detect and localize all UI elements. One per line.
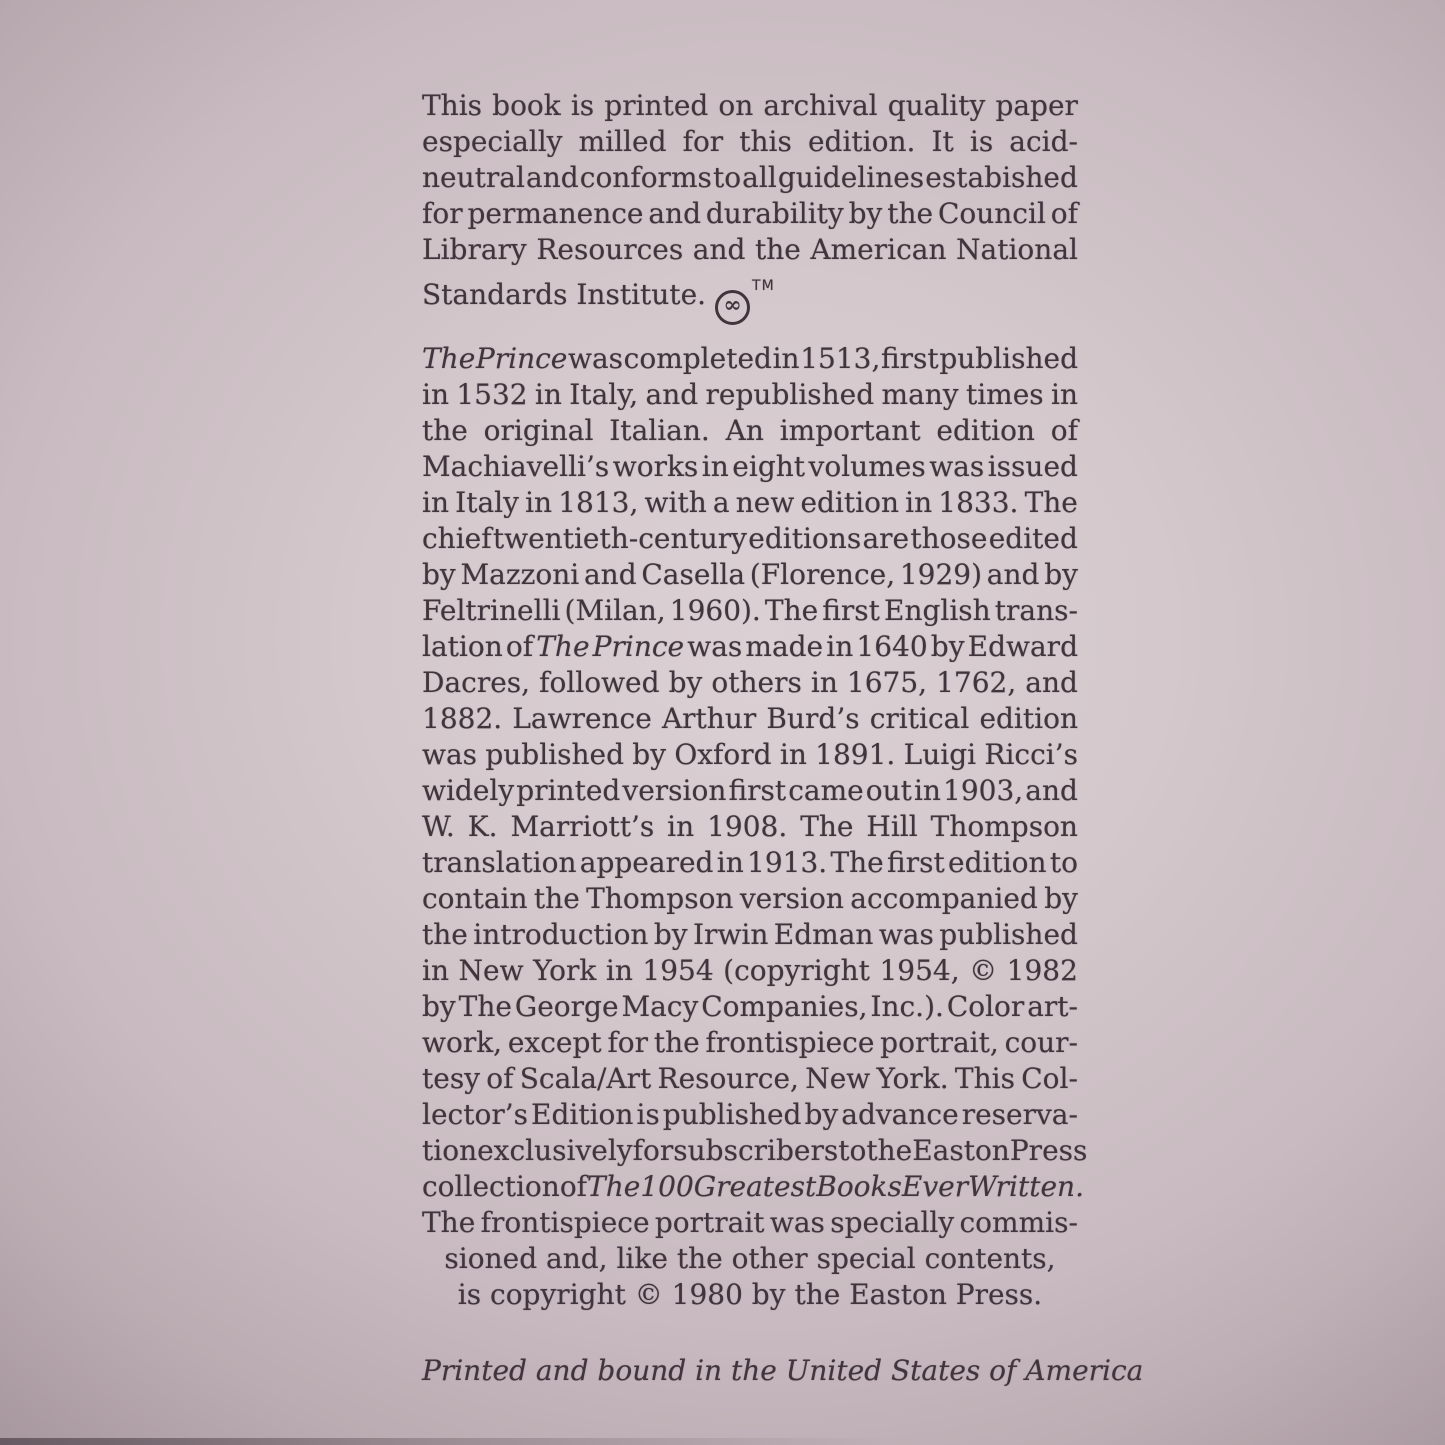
- text-segment: the: [422, 413, 468, 449]
- text-line: collectionofThe100GreatestBooksEverWritt…: [422, 1169, 1078, 1205]
- text-segment: American: [810, 232, 946, 268]
- text-segment: printed: [516, 773, 620, 809]
- text-segment: by: [632, 737, 666, 773]
- text-segment: It: [931, 124, 953, 160]
- text-segment: by: [849, 196, 883, 232]
- italic-text-segment: Printed and bound in the United States o…: [422, 1354, 1143, 1387]
- text-segment: Italian.: [609, 413, 710, 449]
- text-segment: a: [713, 485, 730, 521]
- text-segment: completed: [624, 341, 772, 377]
- text-segment: issued: [988, 449, 1078, 485]
- text-segment: twentieth-century: [493, 521, 747, 557]
- text-segment: in: [606, 953, 633, 989]
- text-segment: in: [422, 953, 449, 989]
- text-segment: collection: [422, 1169, 560, 1205]
- text-segment: (copyright: [723, 953, 870, 989]
- text-segment: W.: [422, 809, 455, 845]
- italic-text-segment: Books: [816, 1169, 902, 1205]
- text-segment: Edward: [968, 629, 1078, 665]
- text-segment: except: [508, 1025, 602, 1061]
- text-segment: commis-: [960, 1205, 1078, 1241]
- text-segment: the: [866, 1133, 912, 1169]
- text-segment: of: [1051, 196, 1078, 232]
- text-segment: first: [822, 593, 880, 629]
- text-segment: advance: [841, 1097, 958, 1133]
- text-segment: Thompson: [586, 881, 733, 917]
- text-line: 1882.LawrenceArthurBurd’scriticaledition: [422, 701, 1078, 737]
- text-line: work,exceptforthefrontispieceportrait,co…: [422, 1025, 1078, 1061]
- text-segment: National: [956, 232, 1078, 268]
- text-segment: 1640: [856, 629, 927, 665]
- text-segment: are: [862, 521, 909, 557]
- text-segment: by: [1044, 881, 1078, 917]
- text-segment: by: [422, 989, 456, 1025]
- text-segment: book: [492, 88, 561, 124]
- text-segment: editions: [748, 521, 861, 557]
- text-segment: the: [422, 917, 468, 953]
- text-segment: 1813,: [558, 485, 638, 521]
- text-segment: chief: [422, 521, 492, 557]
- text-segment: estabished: [925, 160, 1078, 196]
- text-line: Standards Institute.∞TM: [422, 268, 1078, 304]
- text-segment: this: [739, 124, 792, 160]
- text-segment: in: [667, 809, 694, 845]
- italic-text-segment: The: [536, 629, 589, 665]
- text-segment: others: [711, 665, 801, 701]
- text-segment: the: [654, 1025, 700, 1061]
- text-segment: in: [826, 629, 853, 665]
- text-segment: acid-: [1009, 124, 1078, 160]
- text-segment: The: [830, 845, 883, 881]
- text-segment: in: [780, 737, 807, 773]
- text-segment: 1675,: [847, 665, 927, 701]
- text-line: translationappearedin1913.Thefirsteditio…: [422, 845, 1078, 881]
- text-segment: and: [526, 160, 579, 196]
- text-segment: Macy: [621, 989, 698, 1025]
- text-segment: important: [780, 413, 921, 449]
- text-line: theoriginalItalian.Animportanteditionof: [422, 413, 1078, 449]
- text-segment: The: [459, 989, 512, 1025]
- text-segment: 1762,: [936, 665, 1016, 701]
- text-segment: published: [663, 1097, 802, 1133]
- text-segment: was: [687, 629, 742, 665]
- text-segment: K.: [468, 809, 498, 845]
- text-segment: An: [726, 413, 764, 449]
- text-segment: Resource,: [658, 1061, 799, 1097]
- text-segment: frontispiece: [481, 1205, 650, 1241]
- text-segment: Feltrinelli: [422, 593, 560, 629]
- text-line: Dacres,followedbyothersin1675,1762,and: [422, 665, 1078, 701]
- text-segment: in: [811, 665, 838, 701]
- text-segment: is: [970, 124, 993, 160]
- italic-text-segment: Ever: [902, 1169, 968, 1205]
- text-segment: durability: [706, 196, 844, 232]
- text-segment: in: [905, 485, 932, 521]
- text-segment: many: [882, 377, 959, 413]
- text-segment: introduction: [473, 917, 648, 953]
- text-segment: Marriott’s: [511, 809, 655, 845]
- text-segment: Thompson: [931, 809, 1078, 845]
- text-segment: the: [887, 196, 933, 232]
- text-segment: subscribers: [673, 1133, 838, 1169]
- text-segment: 1908.: [707, 809, 787, 845]
- text-segment: in: [1051, 377, 1078, 413]
- text-segment: (Milan,: [565, 593, 666, 629]
- paragraph-archival-paper-note: Thisbookisprintedonarchivalqualitypapere…: [422, 88, 1078, 304]
- text-segment: Dacres,: [422, 665, 530, 701]
- text-segment: on: [718, 88, 753, 124]
- text-segment: out: [866, 773, 912, 809]
- text-segment: Col-: [1021, 1061, 1078, 1097]
- text-segment: milled: [579, 124, 667, 160]
- text-segment: is: [636, 1097, 659, 1133]
- text-segment: in: [525, 485, 552, 521]
- text-line: tesyofScala/ArtResource,NewYork.ThisCol-: [422, 1061, 1078, 1097]
- text-segment: by: [422, 557, 456, 593]
- text-segment: New: [459, 953, 524, 989]
- text-line: W.K.Marriott’sin1908.TheHillThompson: [422, 809, 1078, 845]
- text-segment: republished: [706, 377, 875, 413]
- text-segment: 1954,: [879, 953, 959, 989]
- text-segment: version: [740, 881, 844, 917]
- text-segment: 1982: [1007, 953, 1078, 989]
- text-segment: 1913.: [747, 845, 827, 881]
- text-segment: tion: [422, 1133, 477, 1169]
- text-segment: (Florence,: [750, 557, 895, 593]
- text-segment: published: [939, 917, 1078, 953]
- text-segment: Irwin: [693, 917, 768, 953]
- text-segment: Mazzoni: [461, 557, 580, 593]
- text-segment: portrait: [655, 1205, 765, 1241]
- text-segment: Oxford: [674, 737, 771, 773]
- text-segment: and: [987, 557, 1040, 593]
- text-segment: and: [584, 557, 637, 593]
- text-segment: work,: [422, 1025, 502, 1061]
- text-segment: for: [607, 1025, 648, 1061]
- text-line: is copyright © 1980 by the Easton Press.: [422, 1277, 1078, 1313]
- text-segment: Press: [1010, 1133, 1088, 1169]
- text-segment: by: [1044, 557, 1078, 593]
- text-segment: portrait,: [880, 1025, 999, 1061]
- text-segment: reserva-: [962, 1097, 1078, 1133]
- text-segment: to: [713, 160, 741, 196]
- text-segment: Council: [938, 196, 1046, 232]
- paragraph-publication-history: ThePrincewascompletedin1513,firstpublish…: [422, 341, 1078, 1313]
- text-segment: 1929): [900, 557, 982, 593]
- text-line: byTheGeorgeMacyCompanies,Inc.).Colorart-: [422, 989, 1078, 1025]
- text-segment: was: [568, 341, 623, 377]
- text-segment: in: [422, 377, 449, 413]
- text-segment: Scala/Art: [520, 1061, 652, 1097]
- text-segment: lector’s: [422, 1097, 528, 1133]
- text-segment: York: [533, 953, 596, 989]
- text-line: neutralandconformstoallguidelinesestabis…: [422, 160, 1078, 196]
- text-line: Machiavelli’sworksineightvolumeswasissue…: [422, 449, 1078, 485]
- text-segment: widely: [422, 773, 514, 809]
- text-line: theintroductionbyIrwinEdmanwaspublished: [422, 917, 1078, 953]
- text-segment: Easton: [912, 1133, 1010, 1169]
- text-segment: Library: [422, 232, 527, 268]
- text-segment: by: [654, 917, 688, 953]
- text-segment: the: [755, 232, 801, 268]
- text-segment: Machiavelli’s: [422, 449, 609, 485]
- text-segment: was: [929, 449, 984, 485]
- text-segment: frontispiece: [705, 1025, 874, 1061]
- italic-text-segment: Written.: [968, 1169, 1084, 1205]
- text-segment: was: [770, 1205, 825, 1241]
- italic-text-segment: The: [587, 1169, 640, 1205]
- italic-text-segment: Prince: [593, 629, 684, 665]
- text-segment: ©: [969, 953, 997, 989]
- text-segment: York.: [877, 1061, 949, 1097]
- text-line: byMazzoniandCasella(Florence,1929)andby: [422, 557, 1078, 593]
- text-segment: in: [535, 377, 562, 413]
- text-segment: edition: [948, 845, 1047, 881]
- text-segment: in: [422, 485, 449, 521]
- text-segment: conforms: [580, 160, 712, 196]
- text-segment: quality: [888, 88, 986, 124]
- text-line: especiallymilledforthisedition.Itisacid-: [422, 124, 1078, 160]
- text-segment: by: [669, 665, 703, 701]
- text-segment: critical: [870, 701, 970, 737]
- text-segment: first: [728, 773, 786, 809]
- text-segment: came: [788, 773, 864, 809]
- text-segment: The: [765, 593, 818, 629]
- text-segment: Color: [947, 989, 1024, 1025]
- book-page-photo: Thisbookisprintedonarchivalqualitypapere…: [0, 0, 1445, 1445]
- text-segment: sioned and, like the other special conte…: [444, 1242, 1055, 1275]
- text-segment: Italy: [455, 485, 519, 521]
- text-segment: those: [910, 521, 987, 557]
- text-segment: permanence: [467, 196, 643, 232]
- page-edge-shadow: [0, 1438, 1445, 1445]
- text-segment: 1882.: [422, 701, 502, 737]
- text-segment: of: [506, 629, 533, 665]
- text-line: Thisbookisprintedonarchivalqualitypaper: [422, 88, 1078, 124]
- text-segment: edition: [800, 485, 899, 521]
- text-segment: Lawrence: [512, 701, 652, 737]
- text-segment: Arthur: [662, 701, 756, 737]
- text-segment: of: [1051, 413, 1078, 449]
- paragraph-printed-and-bound: Printed and bound in the United States o…: [422, 1353, 1078, 1389]
- text-segment: edition.: [808, 124, 915, 160]
- text-segment: Hill: [866, 809, 917, 845]
- text-segment: trans-: [995, 593, 1078, 629]
- text-line: widelyprintedversionfirstcameoutin1903,a…: [422, 773, 1078, 809]
- text-segment: contain: [422, 881, 528, 917]
- text-line: inNewYorkin1954(copyright1954,©1982: [422, 953, 1078, 989]
- text-segment: and: [1025, 665, 1078, 701]
- text-segment: original: [484, 413, 594, 449]
- text-segment: cour-: [1005, 1025, 1078, 1061]
- text-segment: archival: [763, 88, 877, 124]
- text-segment: new: [736, 485, 795, 521]
- text-segment: for: [422, 196, 463, 232]
- text-segment: 1903,: [943, 773, 1023, 809]
- text-line: sioned and, like the other special conte…: [422, 1241, 1078, 1277]
- text-segment: published: [485, 737, 624, 773]
- text-segment: art-: [1027, 989, 1078, 1025]
- text-segment: followed: [539, 665, 659, 701]
- text-segment: with: [645, 485, 707, 521]
- text-segment: Edman: [774, 917, 874, 953]
- text-segment: English: [884, 593, 991, 629]
- text-line: ThePrincewascompletedin1513,firstpublish…: [422, 341, 1078, 377]
- text-line: forpermanenceanddurabilitybytheCouncilof: [422, 196, 1078, 232]
- text-segment: exclusively: [477, 1133, 633, 1169]
- text-segment: made: [745, 629, 823, 665]
- text-segment: 1833.: [938, 485, 1018, 521]
- text-segment: is copyright © 1980 by the Easton Press.: [458, 1278, 1042, 1311]
- text-segment: lation: [422, 629, 503, 665]
- italic-text-segment: 100: [640, 1169, 693, 1205]
- text-line: Printed and bound in the United States o…: [422, 1353, 1078, 1389]
- text-segment: edition: [979, 701, 1078, 737]
- text-segment: of: [486, 1061, 513, 1097]
- text-segment: first: [881, 341, 939, 377]
- text-line: inItalyin1813,withaneweditionin1833.The: [422, 485, 1078, 521]
- trademark-superscript: TM: [752, 278, 775, 294]
- text-segment: is: [571, 88, 594, 124]
- text-segment: all: [742, 160, 777, 196]
- text-segment: to: [838, 1133, 866, 1169]
- text-line: chieftwentieth-centuryeditionsarethoseed…: [422, 521, 1078, 557]
- text-segment: to: [1050, 845, 1078, 881]
- text-line: containtheThompsonversionaccompaniedby: [422, 881, 1078, 917]
- text-segment: The: [1025, 485, 1078, 521]
- text-segment: 1960).: [670, 593, 761, 629]
- text-segment: 1954: [642, 953, 713, 989]
- text-line: tionexclusivelyforsubscriberstotheEaston…: [422, 1133, 1078, 1169]
- text-segment: was: [422, 737, 477, 773]
- text-segment: Ricci’s: [984, 737, 1078, 773]
- text-segment: by: [804, 1097, 838, 1133]
- text-segment: translation: [422, 845, 576, 881]
- text-segment: 1513,: [800, 341, 880, 377]
- text-segment: especially: [422, 124, 563, 160]
- text-segment: in: [702, 449, 729, 485]
- text-segment: and: [1025, 773, 1078, 809]
- text-segment: Burd’s: [766, 701, 859, 737]
- text-segment: for: [633, 1133, 674, 1169]
- text-segment: eight: [732, 449, 805, 485]
- text-segment: Resources: [536, 232, 683, 268]
- colophon-text-block: Thisbookisprintedonarchivalqualitypapere…: [422, 88, 1078, 1389]
- text-segment: New: [805, 1061, 870, 1097]
- text-segment: for: [683, 124, 724, 160]
- text-segment: by: [931, 629, 965, 665]
- text-line: lationofThePrincewasmadein1640byEdward: [422, 629, 1078, 665]
- text-segment: of: [560, 1169, 587, 1205]
- text-segment: Inc.).: [870, 989, 944, 1025]
- text-line: LibraryResourcesandtheAmericanNational: [422, 232, 1078, 268]
- text-segment: tesy: [422, 1061, 480, 1097]
- text-segment: Luigi: [904, 737, 976, 773]
- text-segment: works: [613, 449, 699, 485]
- italic-text-segment: Greatest: [694, 1169, 816, 1205]
- text-segment: Standards Institute.: [422, 278, 706, 311]
- text-segment: in: [773, 341, 800, 377]
- text-segment: printed: [604, 88, 708, 124]
- text-segment: in: [717, 845, 744, 881]
- text-line: Feltrinelli(Milan,1960).ThefirstEnglisht…: [422, 593, 1078, 629]
- text-line: waspublishedbyOxfordin1891.LuigiRicci’s: [422, 737, 1078, 773]
- text-segment: appeared: [580, 845, 714, 881]
- text-segment: This: [955, 1061, 1015, 1097]
- text-segment: edited: [989, 521, 1078, 557]
- text-segment: first: [887, 845, 945, 881]
- text-segment: guidelines: [778, 160, 924, 196]
- text-segment: specially: [830, 1205, 954, 1241]
- text-segment: in: [914, 773, 941, 809]
- text-segment: published: [939, 341, 1078, 377]
- text-segment: George: [515, 989, 619, 1025]
- text-segment: The: [422, 1205, 475, 1241]
- text-segment: Companies,: [701, 989, 867, 1025]
- text-segment: and: [693, 232, 746, 268]
- text-segment: 1532: [456, 377, 527, 413]
- infinity-permanence-icon: ∞: [715, 290, 750, 325]
- text-segment: accompanied: [850, 881, 1038, 917]
- text-line: Thefrontispieceportraitwasspeciallycommi…: [422, 1205, 1078, 1241]
- italic-text-segment: The: [422, 341, 475, 377]
- text-segment: Italy,: [569, 377, 638, 413]
- text-segment: This: [422, 88, 482, 124]
- text-segment: Edition: [531, 1097, 633, 1133]
- text-segment: volumes: [809, 449, 926, 485]
- text-segment: edition: [936, 413, 1035, 449]
- text-segment: and: [648, 196, 701, 232]
- text-segment: and: [646, 377, 699, 413]
- text-line: in1532inItaly,andrepublishedmanytimesin: [422, 377, 1078, 413]
- text-segment: neutral: [422, 160, 525, 196]
- text-segment: Casella: [641, 557, 745, 593]
- text-segment: version: [622, 773, 726, 809]
- text-segment: The: [800, 809, 853, 845]
- text-segment: was: [879, 917, 934, 953]
- text-segment: paper: [995, 88, 1078, 124]
- text-segment: times: [966, 377, 1044, 413]
- text-segment: the: [534, 881, 580, 917]
- italic-text-segment: Prince: [476, 341, 567, 377]
- text-segment: 1891.: [815, 737, 895, 773]
- text-line: lector’sEditionispublishedbyadvancereser…: [422, 1097, 1078, 1133]
